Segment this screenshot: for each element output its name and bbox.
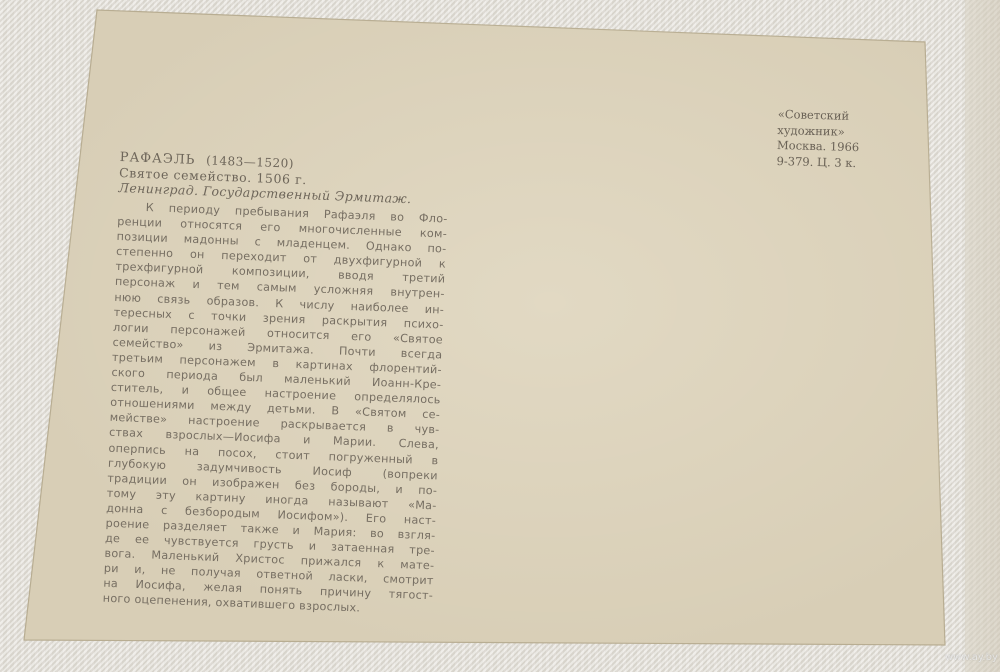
tablecloth-edge xyxy=(965,0,1000,672)
description-line: на Иосифа, желая понять причину тягост- xyxy=(103,576,433,604)
description-line: ствах взрослых—Иосифа и Марии. Слева, xyxy=(109,425,439,453)
description-line: нюю связь образов. К числу наиболее ин- xyxy=(114,289,444,317)
description-line: ренции относятся его многочисленные ком- xyxy=(117,214,447,242)
description-line: третьим персонажем в картинах флорентий- xyxy=(112,350,442,378)
postcard: РАФАЭЛЬ (1483—1520) Святое семейство. 15… xyxy=(0,0,1000,672)
description-line: тересных с точки зрения раскрытия психо- xyxy=(113,305,443,333)
description-line: донна с безбородым Иосифом»). Его наст- xyxy=(106,501,436,529)
description-line: отношениями между детьми. В «Святом се- xyxy=(110,395,440,423)
artist-name: РАФАЭЛЬ xyxy=(119,150,195,168)
description-line: ного оцепенения, охватившего взрослых. xyxy=(102,591,432,619)
description-line: оперпись на посох, стоит погруженный в xyxy=(108,440,438,468)
publisher-name-line1: «Советский xyxy=(778,107,898,126)
description-line: вога. Маленький Христос прижался к мате- xyxy=(104,546,434,574)
description-line: роение разделяет также и Мария: во взгля… xyxy=(105,516,435,544)
description-line: ститель, и общее настроение определялось xyxy=(111,380,441,408)
postcard-surface xyxy=(0,0,1000,672)
description-line: персонаж и тем самым усложняя внутрен- xyxy=(115,274,445,302)
watermark: www.ay.by xyxy=(945,652,998,663)
description-text: К периоду пребывания Рафаэля во Фло-ренц… xyxy=(102,199,457,619)
artist-heading: РАФАЭЛЬ (1483—1520) xyxy=(119,150,459,178)
description-line: К периоду пребывания Рафаэля во Фло- xyxy=(118,199,448,227)
description-line: степенно он переходит от двухфигурной к xyxy=(116,244,446,272)
artist-dates: (1483—1520) xyxy=(206,153,294,170)
artwork-title: Святое семейство. 1506 г. xyxy=(119,165,459,193)
museum-location: Ленинград. Государственный Эрмитаж. xyxy=(118,180,458,208)
description-block: РАФАЭЛЬ (1483—1520) Святое семейство. 15… xyxy=(102,150,459,619)
lighting-overlay xyxy=(0,0,1000,672)
description-line: семейство» из Эрмитажа. Почти всегда xyxy=(112,335,442,363)
description-line: мействе» настроение раскрывается в чув- xyxy=(109,410,439,438)
description-line: ского периода был маленький Иоанн-Кре- xyxy=(111,365,441,393)
description-line: трехфигурной композиции, вводя третий xyxy=(115,259,445,287)
description-line: глубокую задумчивость Иосиф (вопреки xyxy=(108,455,438,483)
description-line: традиции он изображен без бороды, и по- xyxy=(107,470,437,498)
catalog-price: 9-379. Ц. 3 к. xyxy=(776,153,896,172)
publisher-name-line2: художник» xyxy=(777,122,897,141)
description-line: де ее чувствуется грусть и затаенная тре… xyxy=(105,531,435,559)
description-line: позиции мадонны с младенцем. Однако по- xyxy=(116,229,446,257)
publisher-info: «Советский художник» Москва. 1966 9-379.… xyxy=(776,107,898,172)
publisher-city-year: Москва. 1966 xyxy=(777,138,897,157)
description-line: логии персонажей относится его «Святое xyxy=(113,320,443,348)
description-line: тому эту картину иногда называют «Ма- xyxy=(107,486,437,514)
description-line: ри и, не получая ответной ласки, смотрит xyxy=(104,561,434,589)
